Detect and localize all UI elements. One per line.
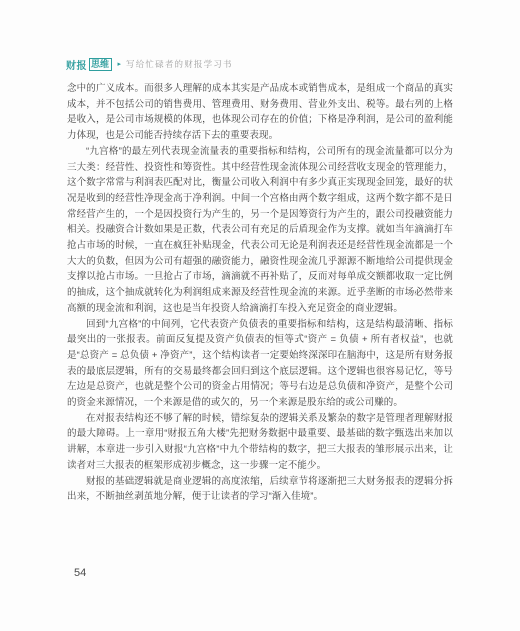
- running-head: 财报 思维 ▸ 写给忙碌者的财报学习书: [66, 57, 233, 71]
- paragraph: 财报的基础逻辑就是商业逻辑的高度浓缩，后续章节将逐渐把三大财务报表的逻辑分拆出来…: [67, 474, 453, 505]
- paragraph: 回到“九宫格”的中间列，它代表资产负债表的重要指标和结构，这是结构最清晰、指标最…: [67, 317, 453, 411]
- book-page: 财报 思维 ▸ 写给忙碌者的财报学习书 念中的广义成本。而很多人理解的成本其实是…: [0, 0, 520, 631]
- body-text-block: 念中的广义成本。而很多人理解的成本其实是产品成本或销售成本，是组成一个商品的真实…: [67, 81, 453, 505]
- book-subtitle: 写给忙碌者的财报学习书: [126, 58, 233, 70]
- paragraph: 念中的广义成本。而很多人理解的成本其实是产品成本或销售成本，是组成一个商品的真实…: [67, 81, 453, 144]
- page-number: 54: [74, 567, 86, 579]
- brand-caibao-label: 财报: [66, 57, 87, 72]
- paragraph: “九宫格”的最左列代表现金流量表的重要指标和结构，公司所有的现金流量都可以分为三…: [67, 144, 453, 317]
- paragraph: 在对报表结构还不够了解的时候，错综复杂的逻辑关系及繁杂的数字是管理者理解财报的最…: [67, 411, 453, 474]
- triangle-right-icon: ▸: [118, 61, 122, 68]
- brand-siwei-badge: 思维: [89, 58, 112, 71]
